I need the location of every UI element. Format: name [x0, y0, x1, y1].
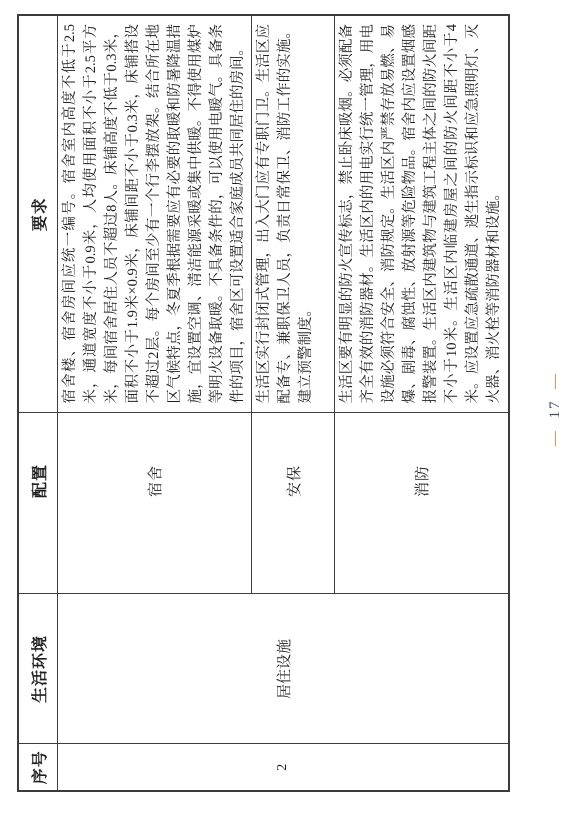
header-requirements: 要求 [18, 15, 58, 413]
cell-config-fire: 消防 [335, 413, 510, 594]
rotated-landscape-page: 序号 生活环境 配置 要求 2 居住设施 宿舍 宿舍楼、宿舍房间应统一编号。宿舍… [0, 0, 585, 818]
living-environment-spec-table: 序号 生活环境 配置 要求 2 居住设施 宿舍 宿舍楼、宿舍房间应统一编号。宿舍… [17, 14, 510, 792]
cell-config-security: 安保 [252, 413, 335, 594]
header-row: 序号 生活环境 配置 要求 [18, 15, 58, 791]
cell-requirements-dormitory: 宿舍楼、宿舍房间应统一编号。宿舍室内高度不低于2.5米，通道宽度不小于0.9米，… [58, 15, 252, 413]
scanned-document-page: 序号 生活环境 配置 要求 2 居住设施 宿舍 宿舍楼、宿舍房间应统一编号。宿舍… [0, 0, 585, 818]
header-index: 序号 [18, 744, 58, 791]
header-environment: 生活环境 [18, 594, 58, 744]
cell-row-index: 2 [58, 744, 510, 791]
page-number-dash-left: — [547, 429, 563, 446]
page-number-value: 17 [547, 395, 563, 424]
row-dormitory: 2 居住设施 宿舍 宿舍楼、宿舍房间应统一编号。宿舍室内高度不低于2.5米，通道… [58, 15, 252, 791]
page-number-dash-right: — [547, 372, 563, 389]
cell-requirements-security: 生活区实行封闭式管理，出入大门应有专职门卫。生活区应配备专、兼职保卫人员，负责日… [252, 15, 335, 413]
page-number: — 17 — [547, 0, 564, 818]
header-configuration: 配置 [18, 413, 58, 594]
cell-requirements-fire: 生活区要有明显的防火宣传标志，禁止卧床吸烟。必须配备齐全有效的消防器材。生活区内… [335, 15, 510, 413]
cell-environment: 居住设施 [58, 594, 510, 744]
cell-config-dormitory: 宿舍 [58, 413, 252, 594]
